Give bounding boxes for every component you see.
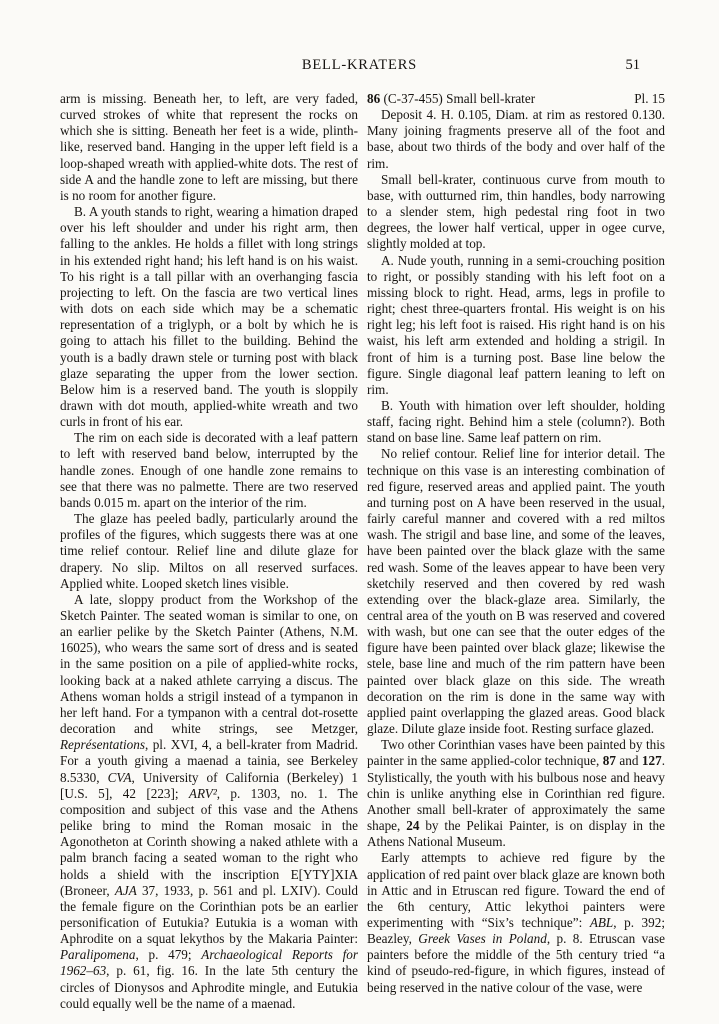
bold-text: 127 bbox=[642, 753, 662, 768]
text-run: Deposit 4. H. 0.105, Diam. at rim as res… bbox=[367, 107, 665, 170]
text-run: arm is missing. Beneath her, to left, ar… bbox=[60, 91, 358, 203]
paragraph: Two other Corinthian vases have been pai… bbox=[367, 737, 665, 850]
text-run: No relief contour. Relief line for inter… bbox=[367, 446, 665, 736]
running-title: BELL-KRATERS bbox=[0, 57, 719, 74]
text-run: B. Youth with himation over left shoulde… bbox=[367, 398, 665, 445]
paragraph: arm is missing. Beneath her, to left, ar… bbox=[60, 91, 358, 204]
italic-text: AJA bbox=[115, 883, 137, 898]
bold-text: 87 bbox=[603, 753, 616, 768]
text-run: , p. 1303, no. 1. The composition and su… bbox=[60, 786, 358, 898]
text-run: A late, sloppy product from the Workshop… bbox=[60, 592, 358, 736]
page-header: BELL-KRATERS 51 bbox=[0, 0, 719, 75]
paragraph: The rim on each side is decorated with a… bbox=[60, 430, 358, 511]
text-run: (C-37-455) Small bell-krater bbox=[380, 91, 535, 106]
text-run: , p. 479; bbox=[135, 947, 201, 962]
text-run: and bbox=[616, 753, 642, 768]
italic-text: CVA bbox=[108, 770, 132, 785]
paragraph: B. Youth with himation over left shoulde… bbox=[367, 398, 665, 446]
paragraph: B. A youth stands to right, wearing a hi… bbox=[60, 204, 358, 430]
paragraph: No relief contour. Relief line for inter… bbox=[367, 446, 665, 737]
italic-text: ARV² bbox=[189, 786, 217, 801]
page-number: 51 bbox=[626, 57, 641, 74]
italic-text: ABL bbox=[590, 915, 613, 930]
bold-text: 86 bbox=[367, 91, 380, 106]
paragraph: The glaze has peeled badly, particularly… bbox=[60, 511, 358, 592]
left-column: arm is missing. Beneath her, to left, ar… bbox=[60, 91, 358, 1012]
paragraph: Deposit 4. H. 0.105, Diam. at rim as res… bbox=[367, 107, 665, 172]
text-columns: arm is missing. Beneath her, to left, ar… bbox=[0, 75, 719, 1012]
text-run: The glaze has peeled badly, particularly… bbox=[60, 511, 358, 591]
text-run: The rim on each side is decorated with a… bbox=[60, 430, 358, 510]
text-run: B. A youth stands to right, wearing a hi… bbox=[60, 204, 358, 429]
paragraph: A late, sloppy product from the Workshop… bbox=[60, 592, 358, 1012]
text-run: Small bell-krater, continuous curve from… bbox=[367, 172, 665, 252]
catalog-entry-title: 86 (C-37-455) Small bell-krater bbox=[367, 91, 535, 107]
bold-text: 24 bbox=[406, 818, 419, 833]
italic-text: Représentations bbox=[60, 737, 145, 752]
plate-reference: Pl. 15 bbox=[634, 91, 665, 107]
italic-text: Paralipomena bbox=[60, 947, 135, 962]
text-run: A. Nude youth, running in a semi-crouchi… bbox=[367, 253, 665, 397]
catalog-entry-heading: 86 (C-37-455) Small bell-kraterPl. 15 bbox=[367, 91, 665, 107]
paragraph: A. Nude youth, running in a semi-crouchi… bbox=[367, 253, 665, 398]
paragraph: Small bell-krater, continuous curve from… bbox=[367, 172, 665, 253]
right-column: 86 (C-37-455) Small bell-kraterPl. 15Dep… bbox=[367, 91, 665, 1012]
italic-text: Greek Vases in Poland bbox=[418, 931, 547, 946]
document-page: BELL-KRATERS 51 arm is missing. Beneath … bbox=[0, 0, 719, 1024]
paragraph: Early attempts to achieve red figure by … bbox=[367, 850, 665, 995]
